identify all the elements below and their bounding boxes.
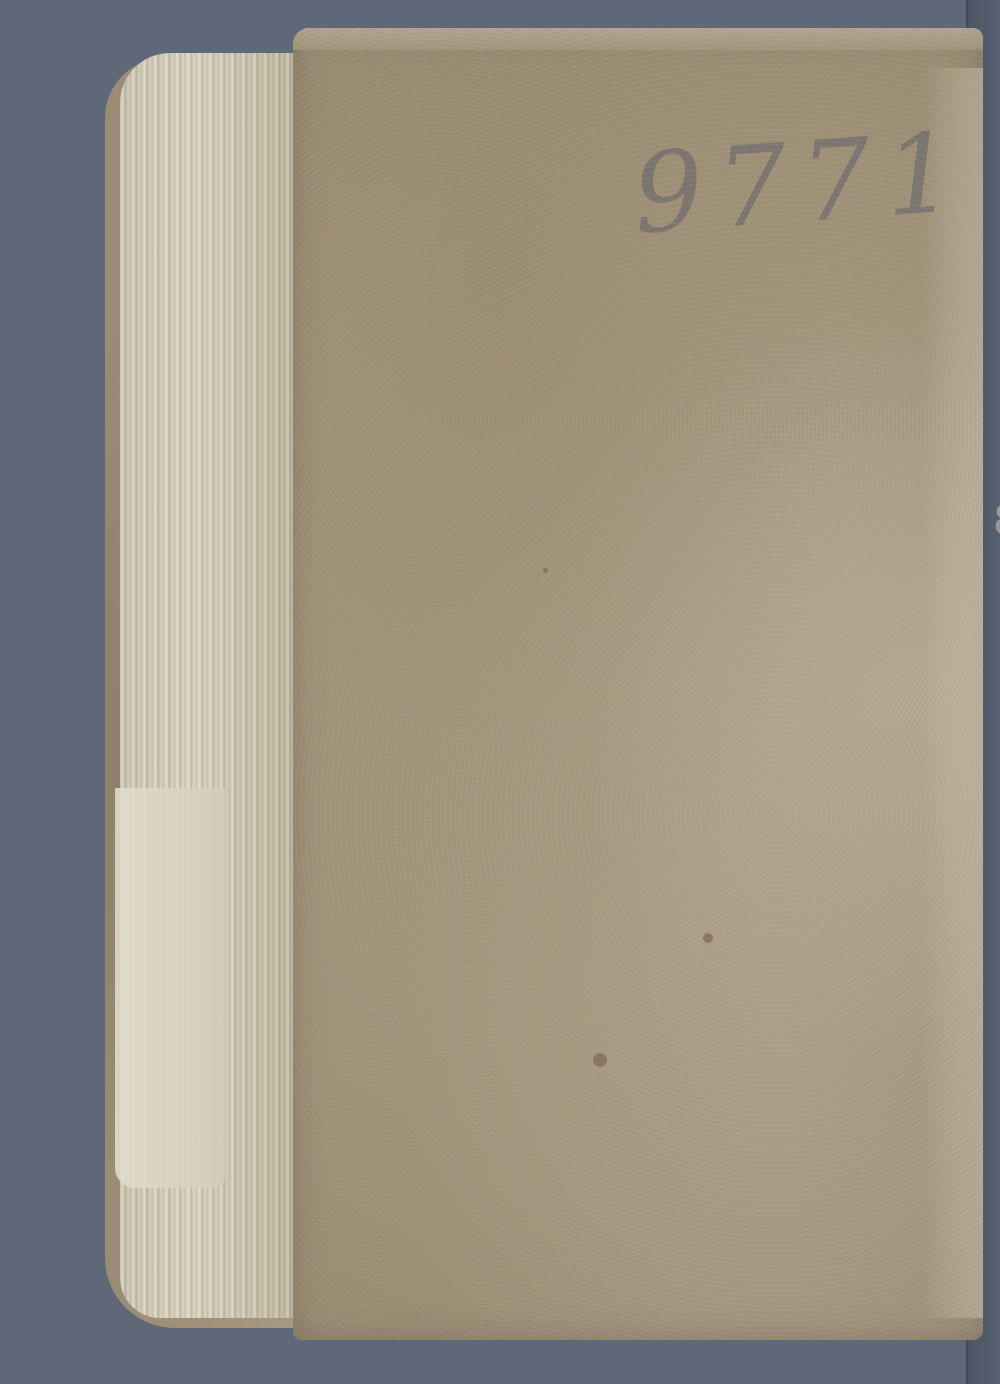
notebook: 9771 8 [105,28,985,1340]
stain-spot [703,933,713,943]
faint-mark: 8 [993,498,1000,544]
pencil-annotation: 9771 [630,116,973,249]
stain-spot [543,568,548,573]
stain-spot [593,1053,607,1067]
loose-pages [115,788,225,1188]
front-cover: 9771 8 [293,28,983,1340]
cover-top-edge [293,28,983,50]
cover-right-edge [923,68,983,1318]
